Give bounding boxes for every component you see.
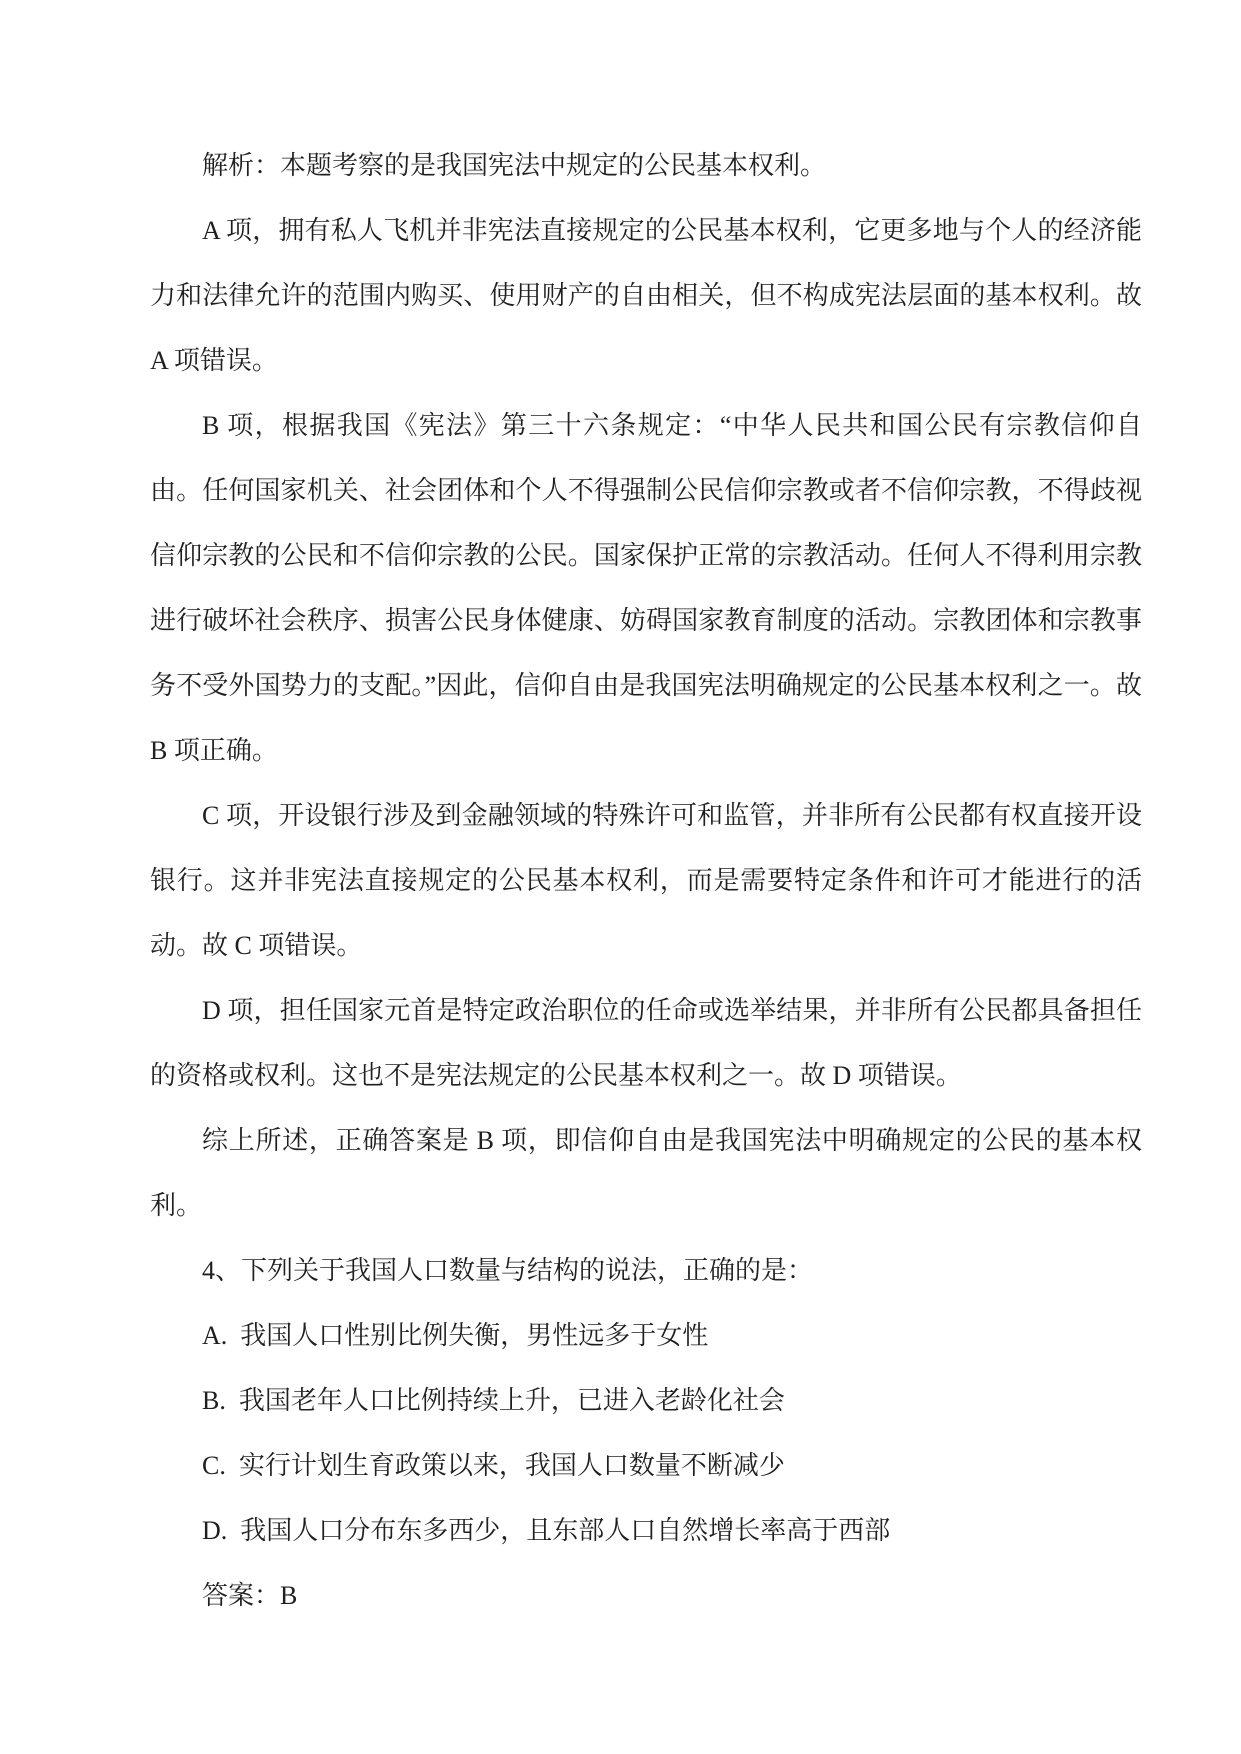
page-content: 解析：本题考察的是我国宪法中规定的公民基本权利。 A 项，拥有私人飞机并非宪法直… bbox=[150, 133, 1142, 1628]
analysis-intro-paragraph: 解析：本题考察的是我国宪法中规定的公民基本权利。 bbox=[150, 133, 1142, 198]
analysis-option-c-paragraph: C 项，开设银行涉及到金融领域的特殊许可和监管，并非所有公民都有权直接开设银行。… bbox=[150, 783, 1142, 978]
document-page: 解析：本题考察的是我国宪法中规定的公民基本权利。 A 项，拥有私人飞机并非宪法直… bbox=[0, 0, 1241, 1754]
question-4-option-b: B. 我国老年人口比例持续上升，已进入老龄化社会 bbox=[150, 1368, 1142, 1433]
analysis-conclusion-paragraph: 综上所述，正确答案是 B 项，即信仰自由是我国宪法中明确规定的公民的基本权利。 bbox=[150, 1108, 1142, 1238]
analysis-option-b-paragraph: B 项，根据我国《宪法》第三十六条规定：“中华人民共和国公民有宗教信仰自由。任何… bbox=[150, 393, 1142, 783]
question-4-option-c: C. 实行计划生育政策以来，我国人口数量不断减少 bbox=[150, 1433, 1142, 1498]
analysis-option-a-paragraph: A 项，拥有私人飞机并非宪法直接规定的公民基本权利，它更多地与个人的经济能力和法… bbox=[150, 198, 1142, 393]
question-4-option-a: A. 我国人口性别比例失衡，男性远多于女性 bbox=[150, 1303, 1142, 1368]
question-4-answer: 答案：B bbox=[150, 1563, 1142, 1628]
analysis-option-d-paragraph: D 项，担任国家元首是特定政治职位的任命或选举结果，并非所有公民都具备担任的资格… bbox=[150, 978, 1142, 1108]
question-4-option-d: D. 我国人口分布东多西少，且东部人口自然增长率高于西部 bbox=[150, 1498, 1142, 1563]
question-4-stem: 4、下列关于我国人口数量与结构的说法，正确的是： bbox=[150, 1238, 1142, 1303]
